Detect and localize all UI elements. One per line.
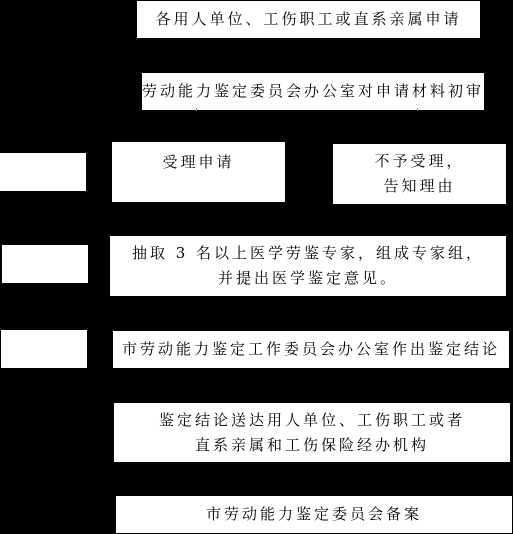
step-conclusion: 市劳动能力鉴定工作委员会办公室作出鉴定结论 xyxy=(113,331,509,368)
step-deliver-text-2: 直系亲属和工伤保险经办机构 xyxy=(195,433,429,458)
side-box-3 xyxy=(1,330,87,368)
step-expert-panel-text-2: 并提出医学鉴定意见。 xyxy=(218,266,398,291)
connector-tick xyxy=(196,108,197,111)
step-reject-text-1: 不予受理， xyxy=(374,149,464,174)
step-archive-text: 市劳动能力鉴定委员会备案 xyxy=(206,502,422,527)
step-conclusion-text: 市劳动能力鉴定工作委员会办公室作出鉴定结论 xyxy=(122,337,500,362)
step-apply: 各用人单位、工伤职工或直系亲属申请 xyxy=(137,1,480,38)
step-initial-review-text: 劳动能力鉴定委员会办公室对申请材料初审 xyxy=(142,79,484,104)
step-reject: 不予受理， 告知理由 xyxy=(333,144,506,204)
step-accept: 受理申请 xyxy=(112,142,285,202)
step-initial-review: 劳动能力鉴定委员会办公室对申请材料初审 xyxy=(142,73,484,110)
step-expert-panel: 抽取 3 名以上医学劳鉴专家，组成专家组， 并提出医学鉴定意见。 xyxy=(110,236,506,296)
connector-tick xyxy=(417,108,418,111)
step-expert-panel-text-1: 抽取 3 名以上医学劳鉴专家，组成专家组， xyxy=(132,241,484,266)
step-apply-text: 各用人单位、工伤职工或直系亲属申请 xyxy=(155,7,461,32)
side-box-2 xyxy=(2,245,88,283)
step-accept-text: 受理申请 xyxy=(162,150,234,175)
step-deliver: 鉴定结论送达用人单位、工伤职工或者 直系亲属和工伤保险经办机构 xyxy=(114,403,510,462)
side-box-1 xyxy=(0,153,86,191)
step-deliver-text-1: 鉴定结论送达用人单位、工伤职工或者 xyxy=(159,408,465,433)
step-reject-text-2: 告知理由 xyxy=(383,174,455,199)
step-archive: 市劳动能力鉴定委员会备案 xyxy=(116,496,512,533)
